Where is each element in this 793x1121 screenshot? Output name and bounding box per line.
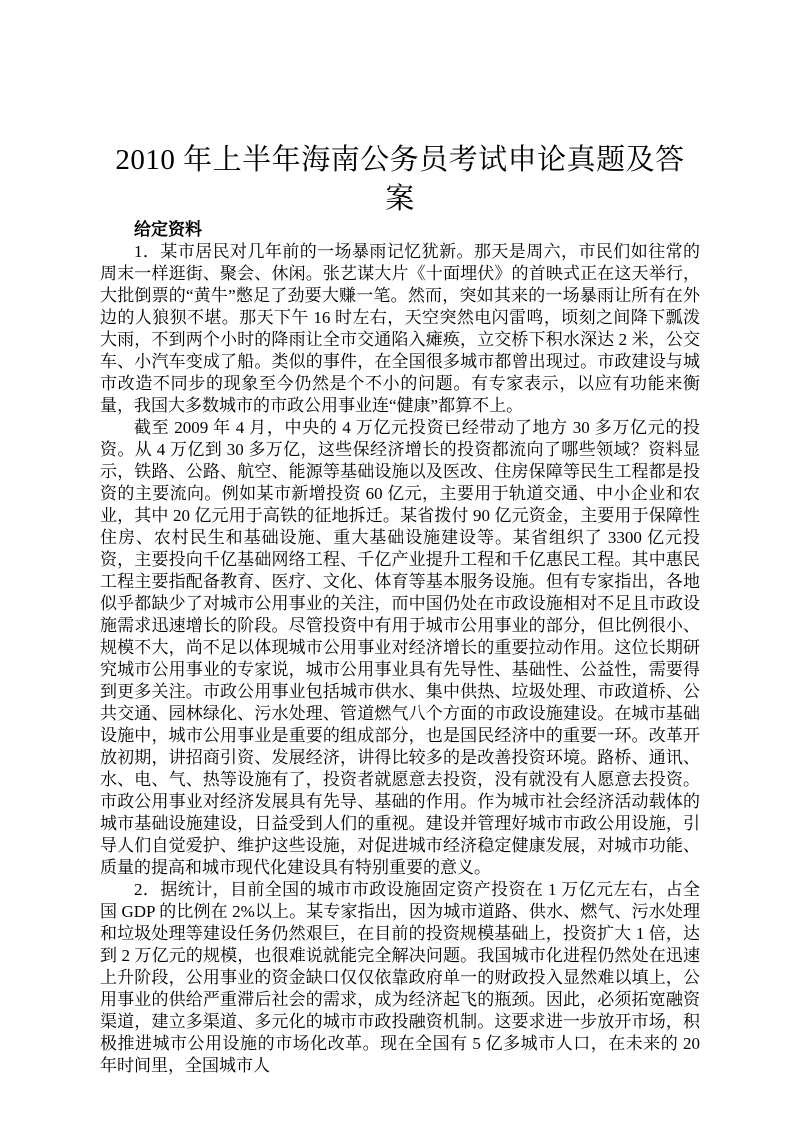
- paragraph-1: 1．某市居民对几年前的一场暴雨记忆犹新。那天是周六，市民们如往常的周末一样逛街、…: [100, 241, 700, 417]
- document-body: 2010 年上半年海南公务员考试申论真题及答 案 给定资料 1．某市居民对几年前…: [100, 141, 700, 1077]
- title-line-1: 2010 年上半年海南公务员考试申论真题及答: [100, 141, 700, 180]
- paragraph-3: 2．据统计，目前全国的城市市政设施固定资产投资在 1 万亿元左右，占全国 GDP…: [100, 879, 700, 1077]
- document-page: 2010 年上半年海南公务员考试申论真题及答 案 给定资料 1．某市居民对几年前…: [0, 0, 793, 1121]
- document-title: 2010 年上半年海南公务员考试申论真题及答 案: [100, 141, 700, 219]
- section-heading: 给定资料: [100, 219, 700, 241]
- title-line-2: 案: [100, 180, 700, 219]
- paragraph-2: 截至 2009 年 4 月，中央的 4 万亿元投资已经带动了地方 30 多万亿元…: [100, 417, 700, 879]
